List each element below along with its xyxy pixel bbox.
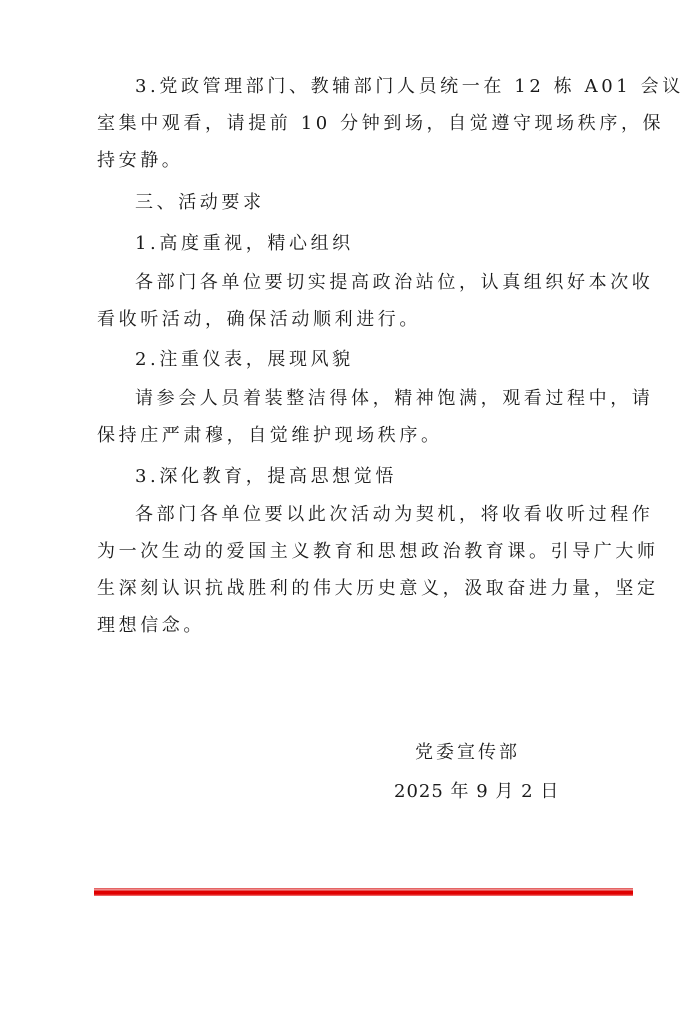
requirement-2-heading: 2.注重仪表，展现风貌 [97,341,617,378]
text-line: 生深刻认识抗战胜利的伟大历史意义，汲取奋进力量，坚定 [97,570,617,607]
heading-text: 1.高度重视，精心组织 [97,225,617,262]
heading-text: 2.注重仪表，展现风貌 [97,341,617,378]
paragraph-viewing-location: 3.党政管理部门、教辅部门人员统一在 12 栋 A01 会议 室集中观看，请提前… [97,68,617,179]
text-line: 3.党政管理部门、教辅部门人员统一在 12 栋 A01 会议 [97,68,617,105]
requirement-3-body: 各部门各单位要以此次活动为契机，将收看收听过程作 为一次生动的爱国主义教育和思想… [97,496,617,644]
text-line: 持安静。 [97,142,617,179]
text-line: 为一次生动的爱国主义教育和思想政治教育课。引导广大师 [97,533,617,570]
text-line: 理想信念。 [97,607,617,644]
heading-text: 3.深化教育，提高思想觉悟 [97,458,617,495]
text-line: 保持庄严肃穆，自觉维护现场秩序。 [97,417,617,454]
requirement-1-heading: 1.高度重视，精心组织 [97,225,617,262]
text-line: 看收听活动，确保活动顺利进行。 [97,301,617,338]
signature-date: 2025 年 9 月 2 日 [394,777,559,803]
text-line: 各部门各单位要切实提高政治站位，认真组织好本次收 [97,264,617,301]
document-page: 3.党政管理部门、教辅部门人员统一在 12 栋 A01 会议 室集中观看，请提前… [0,0,699,1009]
text-line: 室集中观看，请提前 10 分钟到场，自觉遵守现场秩序，保 [97,105,617,142]
requirement-3-heading: 3.深化教育，提高思想觉悟 [97,458,617,495]
section-heading-activity-requirements: 三、活动要求 [97,184,617,221]
red-footer-rule [94,888,633,896]
text-line: 请参会人员着装整洁得体，精神饱满，观看过程中，请 [97,380,617,417]
text-line: 各部门各单位要以此次活动为契机，将收看收听过程作 [97,496,617,533]
requirement-1-body: 各部门各单位要切实提高政治站位，认真组织好本次收 看收听活动，确保活动顺利进行。 [97,264,617,338]
heading-text: 三、活动要求 [97,184,617,221]
signature-department: 党委宣传部 [415,738,520,764]
requirement-2-body: 请参会人员着装整洁得体，精神饱满，观看过程中，请 保持庄严肃穆，自觉维护现场秩序… [97,380,617,454]
